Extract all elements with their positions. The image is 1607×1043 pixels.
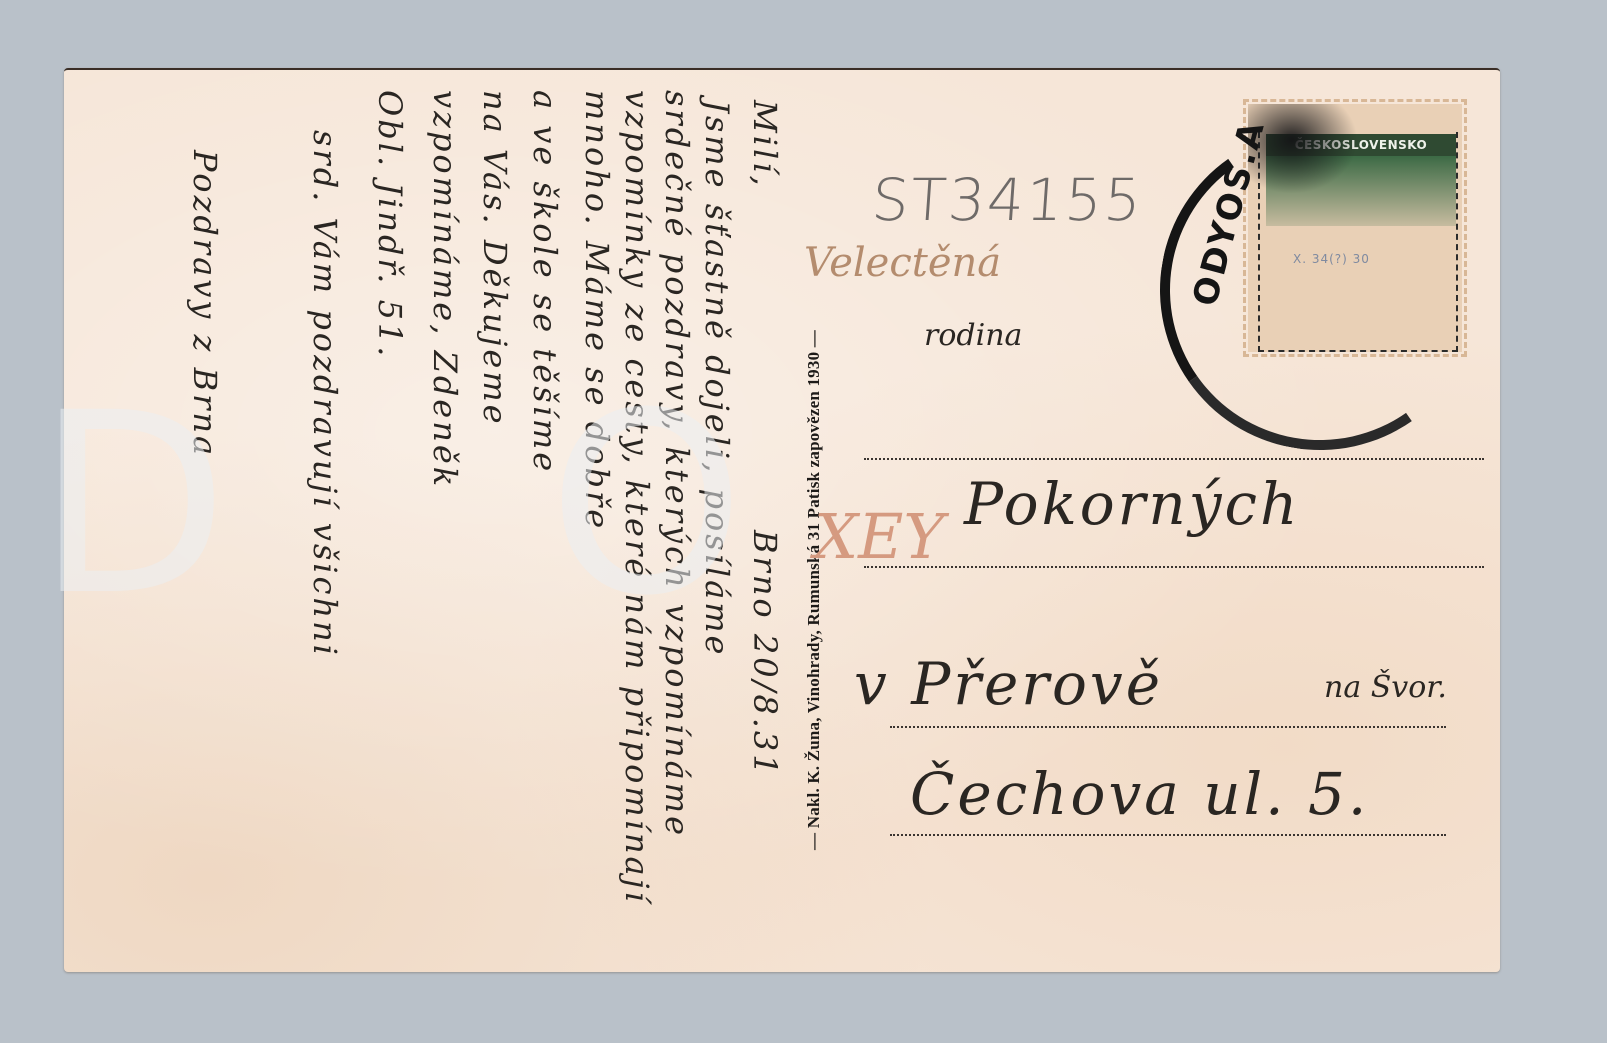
message-line: srd. Vám pozdravují všichni bbox=[306, 130, 344, 658]
address-line-rule bbox=[864, 458, 1484, 460]
catalog-number: ST34155 bbox=[870, 166, 1146, 234]
address-line-rule bbox=[890, 834, 1446, 836]
address-note: na Švor. bbox=[1324, 670, 1447, 705]
red-pencil-mark: XEY bbox=[814, 500, 944, 573]
message-line: na Vás. Děkujeme bbox=[476, 90, 514, 427]
message-line: vzpomínáme, Zdeněk bbox=[426, 90, 464, 489]
address-salutation: Velectěná bbox=[804, 240, 1001, 286]
address-line-rule bbox=[890, 726, 1446, 728]
message-line: Obl. Jindř. 51. bbox=[371, 90, 409, 359]
message-line: Pozdravy z Brna bbox=[186, 150, 224, 458]
message-line: vzpomínky ze cesty, které nám připomínaj… bbox=[618, 90, 656, 905]
message-line: Jsme šťastně dojeli, posíláme bbox=[698, 100, 736, 657]
message-date: Brno 20/8.31 bbox=[746, 530, 784, 778]
address-town: v Přerově bbox=[854, 650, 1163, 718]
address-name: Pokorných bbox=[964, 470, 1300, 538]
message-line: mnoho. Máme se dobře bbox=[578, 90, 616, 531]
address-line-rule bbox=[864, 566, 1484, 568]
message-line: srdečné pozdravy, kterých vzpomínáme bbox=[658, 90, 696, 838]
address-street: Čechova ul. 5. bbox=[910, 760, 1369, 828]
message-line: Milí, bbox=[746, 100, 784, 189]
message-line: a ve škole se těšíme bbox=[526, 90, 564, 474]
address-family: rodina bbox=[924, 318, 1022, 353]
publisher-imprint: — Nakl. K. Žuna, Vinohrady, Rumunská 31 … bbox=[804, 330, 824, 850]
